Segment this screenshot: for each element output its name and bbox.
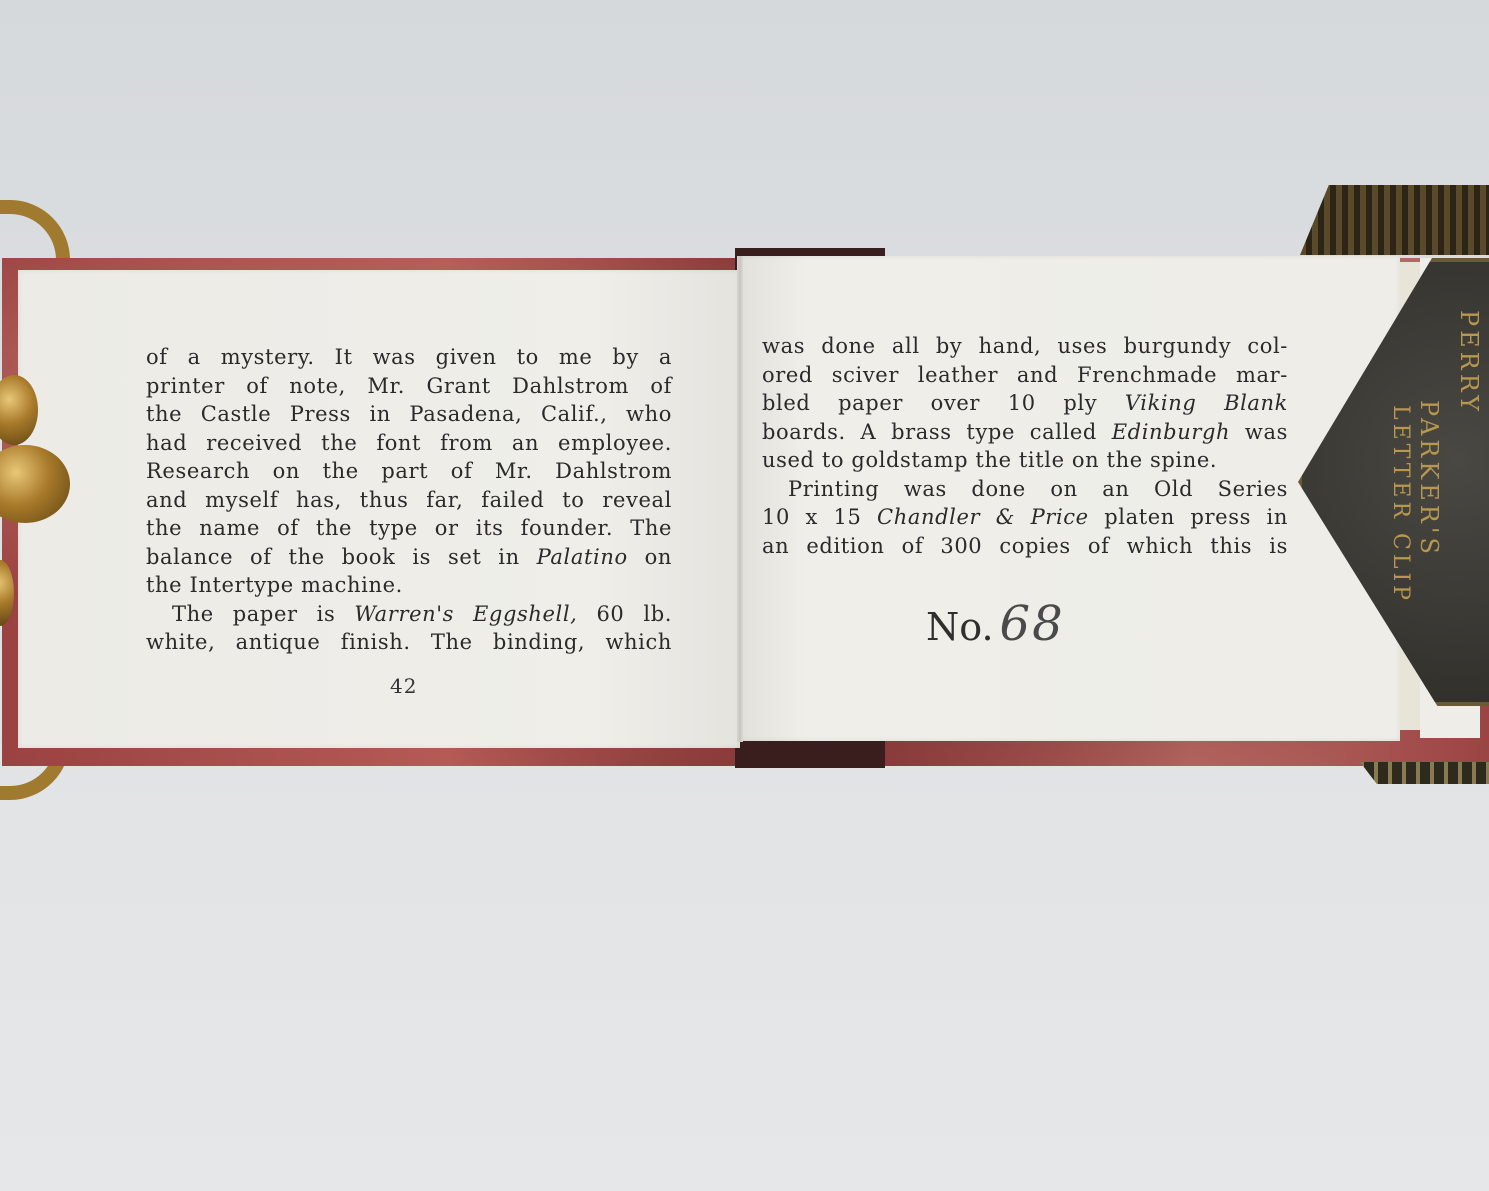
brass-clip-bottom-plate — [1360, 762, 1489, 784]
text-line: Research on the part of Mr. Dahlstrom — [146, 457, 672, 486]
left-page-text: of a mystery. It was given to me by a pr… — [146, 343, 672, 657]
text-line: was done all by hand, uses burgundy col- — [762, 332, 1288, 361]
right-page-text: was done all by hand, uses burgundy col-… — [762, 332, 1288, 560]
medallion-text: PERRY — [1455, 310, 1483, 415]
italic-run: Chandler & Price — [877, 505, 1089, 529]
text-line: bled paper over 10 ply Viking Blank — [762, 389, 1288, 418]
text-run: balance of the book is set in — [146, 545, 537, 569]
book-gutter — [737, 256, 743, 742]
text-line: used to goldstamp the title on the spine… — [762, 446, 1288, 475]
text-line: ored sciver leather and Frenchmade mar- — [762, 361, 1288, 390]
text-line: the name of the type or its founder. The — [146, 514, 672, 543]
italic-run: Palatino — [537, 545, 628, 569]
text-line: of a mystery. It was given to me by a — [146, 343, 672, 372]
text-run: platen press in — [1089, 505, 1288, 529]
text-run: on — [628, 545, 672, 569]
text-line: boards. A brass type called Edinburgh wa… — [762, 418, 1288, 447]
medallion-text: LETTER CLIP — [1388, 405, 1413, 604]
page-number: 42 — [390, 674, 417, 698]
text-line: The paper is Warren's Eggshell, 60 lb. — [146, 600, 672, 629]
copy-number: No.68 — [926, 596, 1065, 652]
text-run: bled paper over 10 ply — [762, 391, 1125, 415]
italic-run: Warren's Eggshell, — [354, 602, 577, 626]
brass-clip-top-plate — [1300, 185, 1489, 255]
italic-run: Viking Blank — [1125, 391, 1288, 415]
text-line: and myself has, thus far, failed to reve… — [146, 486, 672, 515]
text-run: was — [1230, 420, 1288, 444]
handwritten-number: 68 — [1000, 596, 1065, 652]
text-run: 10 x 15 — [762, 505, 877, 529]
text-line: balance of the book is set in Palatino o… — [146, 543, 672, 572]
text-run: boards. A brass type called — [762, 420, 1112, 444]
text-line: printer of note, Mr. Grant Dahlstrom of — [146, 372, 672, 401]
italic-run: Edinburgh — [1112, 420, 1230, 444]
text-line: an edition of 300 copies of which this i… — [762, 532, 1288, 561]
medallion-text: PARKER'S — [1415, 400, 1443, 558]
text-line: the Castle Press in Pasadena, Calif., wh… — [146, 400, 672, 429]
text-line: Printing was done on an Old Series — [762, 475, 1288, 504]
text-line: white, antique finish. The binding, whic… — [146, 628, 672, 657]
text-run: 60 lb. — [577, 602, 672, 626]
text-run: The paper is — [172, 602, 354, 626]
text-line: 10 x 15 Chandler & Price platen press in — [762, 503, 1288, 532]
text-line: the Intertype machine. — [146, 571, 672, 600]
copy-label: No. — [926, 605, 994, 649]
text-line: had received the font from an employee. — [146, 429, 672, 458]
